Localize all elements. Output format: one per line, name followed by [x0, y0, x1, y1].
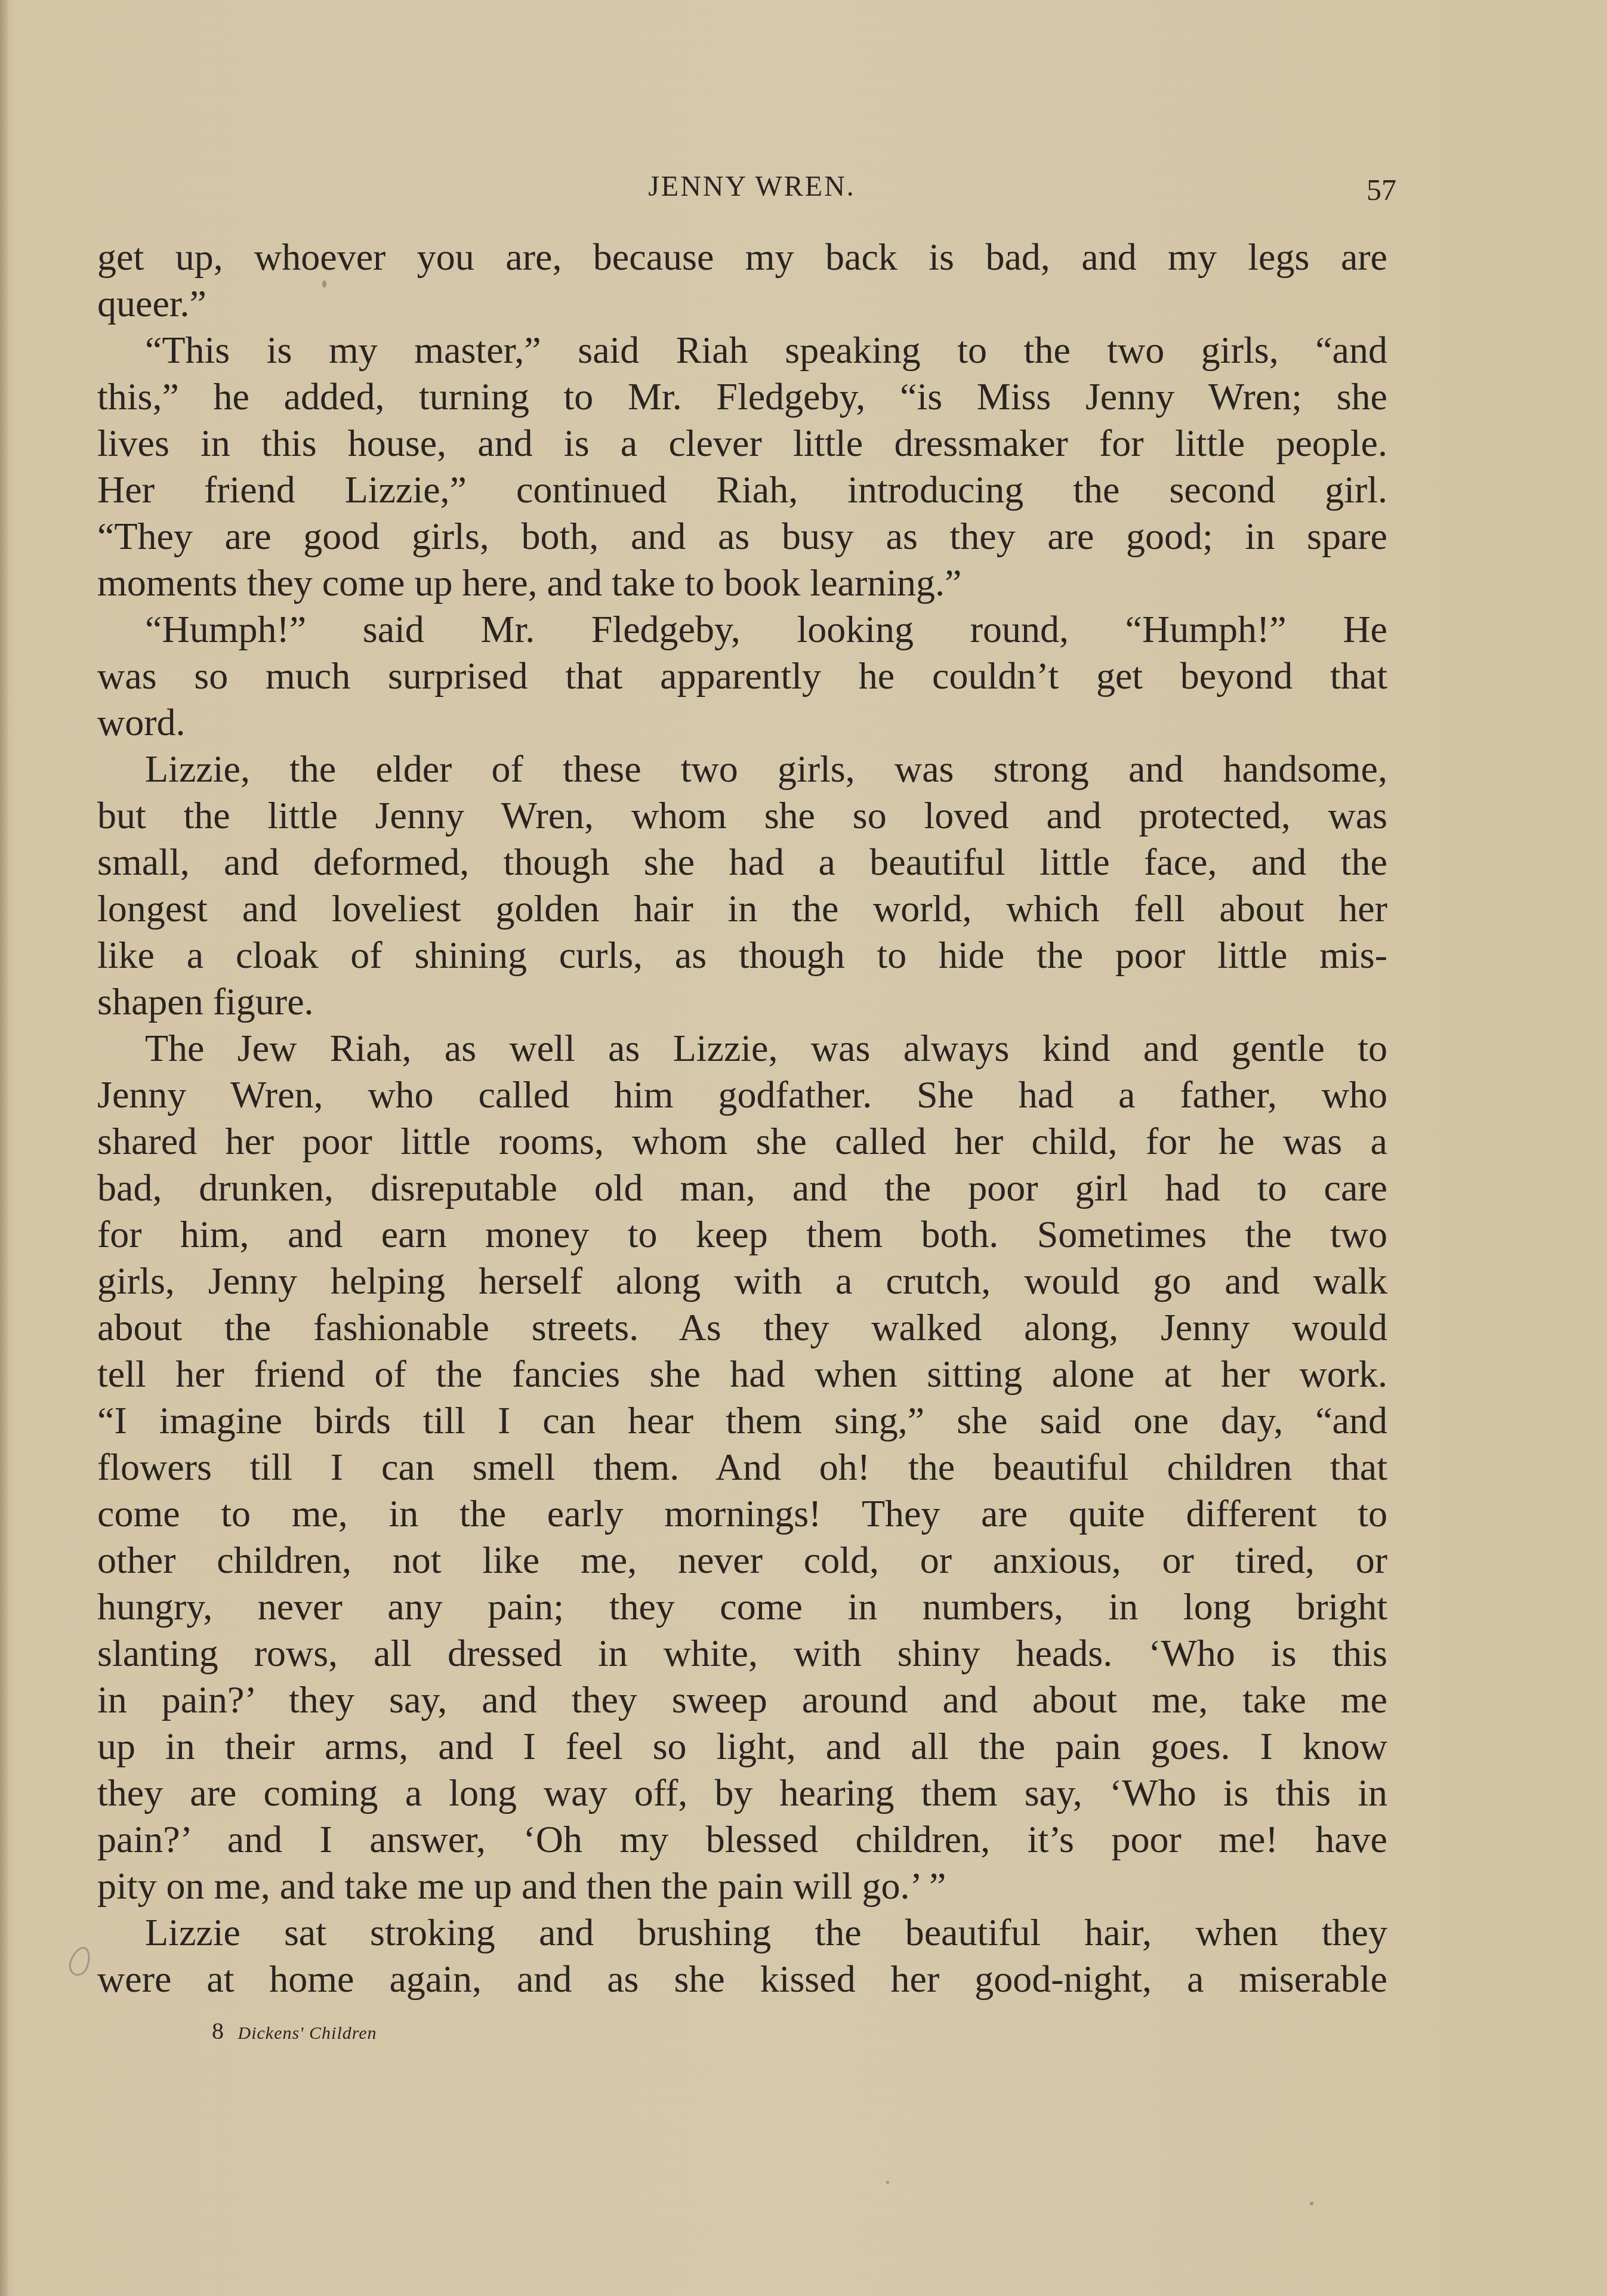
paper-speck — [886, 2181, 889, 2184]
text-line: queer.” — [97, 280, 1387, 327]
text-line: up in their arms, and I feel so light, a… — [97, 1723, 1387, 1770]
text-line: shared her poor little rooms, whom she c… — [97, 1118, 1387, 1165]
paper-speck — [1310, 2202, 1313, 2205]
text-line: come to me, in the early mornings! They … — [97, 1490, 1387, 1537]
text-line: tell her friend of the fancies she had w… — [97, 1351, 1387, 1397]
text-line: girls, Jenny helping herself along with … — [97, 1258, 1387, 1304]
text-line: moments they come up here, and take to b… — [97, 560, 1387, 606]
running-head: JENNY WREN. 57 — [95, 170, 1396, 212]
text-line: about the fashionable streets. As they w… — [97, 1304, 1387, 1351]
text-line: word. — [97, 699, 1387, 746]
text-line: was so much surprised that apparently he… — [97, 653, 1387, 699]
text-line: this,” he added, turning to Mr. Fledgeby… — [97, 374, 1387, 420]
signature-mark: 8 Dickens' Children — [212, 2017, 377, 2045]
text-line: like a cloak of shining curls, as though… — [97, 932, 1387, 979]
page-edge — [0, 0, 8, 2296]
text-line: The Jew Riah, as well as Lizzie, was alw… — [97, 1025, 1387, 1072]
text-line: flowers till I can smell them. And oh! t… — [97, 1444, 1387, 1490]
text-line: but the little Jenny Wren, whom she so l… — [97, 792, 1387, 839]
text-line: in pain?’ they say, and they sweep aroun… — [97, 1677, 1387, 1723]
paper-speck — [322, 280, 326, 288]
page-number: 57 — [1367, 172, 1396, 207]
text-line: get up, whoever you are, because my back… — [97, 234, 1387, 280]
text-line: slanting rows, all dressed in white, wit… — [97, 1630, 1387, 1677]
text-line: pity on me, and take me up and then the … — [97, 1863, 1387, 1909]
text-line: hungry, never any pain; they come in num… — [97, 1584, 1387, 1630]
text-line: they are coming a long way off, by heari… — [97, 1770, 1387, 1816]
text-line: pain?’ and I answer, ‘Oh my blessed chil… — [97, 1816, 1387, 1863]
text-line: small, and deformed, though she had a be… — [97, 839, 1387, 885]
text-line: “They are good girls, both, and as busy … — [97, 513, 1387, 560]
signature-number: 8 — [212, 2017, 224, 2044]
text-line: “This is my master,” said Riah speaking … — [97, 327, 1387, 374]
signature-title: Dickens' Children — [238, 2023, 377, 2043]
text-line: other children, not like me, never cold,… — [97, 1537, 1387, 1584]
text-line: lives in this house, and is a clever lit… — [97, 420, 1387, 467]
body-text: get up, whoever you are, because my back… — [97, 234, 1387, 2002]
running-title: JENNY WREN. — [95, 170, 1396, 203]
text-line: Lizzie sat stroking and brushing the bea… — [97, 1909, 1387, 1956]
text-line: Jenny Wren, who called him godfather. Sh… — [97, 1072, 1387, 1118]
text-line: “Humph!” said Mr. Fledgeby, looking roun… — [97, 606, 1387, 653]
text-line: shapen figure. — [97, 979, 1387, 1025]
text-line: for him, and earn money to keep them bot… — [97, 1211, 1387, 1258]
text-line: were at home again, and as she kissed he… — [97, 1956, 1387, 2002]
margin-pencil-mark — [66, 1944, 94, 1979]
text-line: longest and loveliest golden hair in the… — [97, 885, 1387, 932]
text-line: Her friend Lizzie,” continued Riah, intr… — [97, 467, 1387, 513]
text-line: Lizzie, the elder of these two girls, wa… — [97, 746, 1387, 792]
text-line: bad, drunken, disreputable old man, and … — [97, 1165, 1387, 1211]
text-line: “I imagine birds till I can hear them si… — [97, 1397, 1387, 1444]
